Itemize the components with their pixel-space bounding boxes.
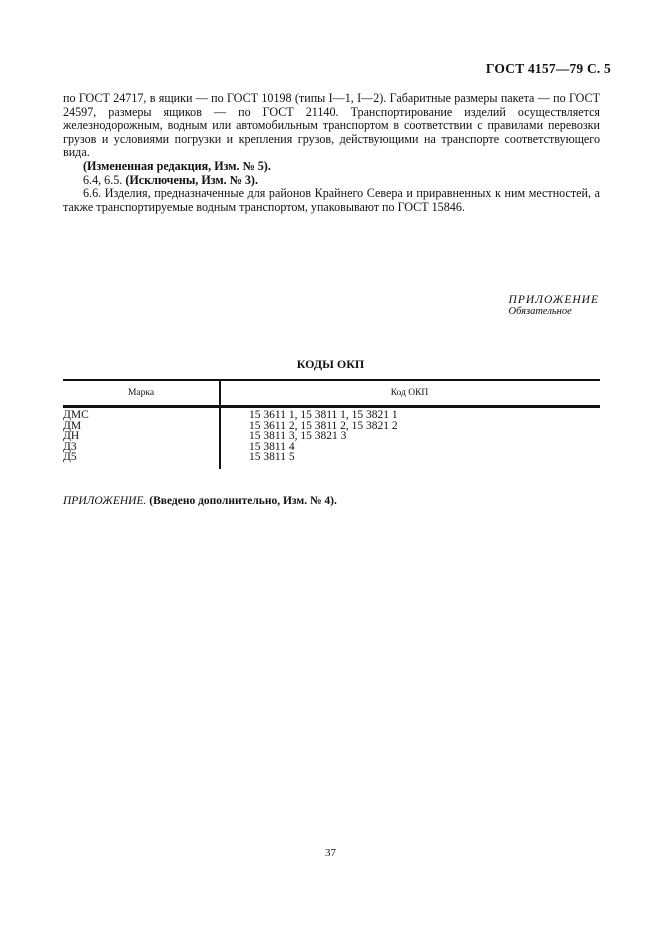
table-row: Д3 15 3811 4 bbox=[63, 442, 600, 453]
cell-mark: ДН bbox=[63, 431, 221, 442]
cell-mark: ДМС bbox=[63, 410, 221, 421]
table-row: ДН 15 3811 3, 15 3821 3 bbox=[63, 431, 600, 442]
table-row: Д5 15 3811 5 bbox=[63, 452, 600, 463]
change-note: (Измененная редакция, Изм. № 5). bbox=[63, 160, 600, 174]
table-row: ДМС 15 3611 1, 15 3811 1, 15 3821 1 bbox=[63, 410, 600, 421]
paragraph-transport: по ГОСТ 24717, в ящики — по ГОСТ 10198 (… bbox=[63, 92, 600, 160]
item-number: 6.4, 6.5. bbox=[83, 173, 122, 187]
item-number: 6.6. bbox=[83, 186, 101, 200]
appendix-status: Обязательное bbox=[509, 306, 599, 318]
cell-mark: Д3 bbox=[63, 442, 221, 453]
appendix-note: ПРИЛОЖЕНИЕ. (Введено дополнительно, Изм.… bbox=[63, 495, 337, 507]
table-body: ДМС 15 3611 1, 15 3811 1, 15 3821 1 ДМ 1… bbox=[63, 408, 600, 463]
page-number: 37 bbox=[0, 847, 661, 859]
column-header-code: Код ОКП bbox=[219, 388, 600, 398]
note-label: ПРИЛОЖЕНИЕ. bbox=[63, 495, 146, 507]
table-header-row: Марка Код ОКП bbox=[63, 381, 600, 405]
cell-code: 15 3811 5 bbox=[221, 452, 600, 463]
column-header-mark: Марка bbox=[63, 388, 219, 398]
item-text: (Исключены, Изм. № 3). bbox=[125, 173, 258, 187]
appendix-label: ПРИЛОЖЕНИЕ Обязательное bbox=[509, 294, 599, 318]
item-6-4-6-5: 6.4, 6.5. (Исключены, Изм. № 3). bbox=[63, 174, 600, 188]
column-divider bbox=[219, 379, 221, 469]
table-title: КОДЫ ОКП bbox=[0, 357, 661, 372]
note-text: (Введено дополнительно, Изм. № 4). bbox=[149, 495, 337, 507]
cell-mark: ДМ bbox=[63, 421, 221, 432]
document-header: ГОСТ 4157—79 С. 5 bbox=[486, 61, 611, 77]
okp-codes-table: Марка Код ОКП ДМС 15 3611 1, 15 3811 1, … bbox=[63, 379, 600, 463]
item-6-6: 6.6. Изделия, предназначенные для районо… bbox=[63, 187, 600, 214]
body-text: по ГОСТ 24717, в ящики — по ГОСТ 10198 (… bbox=[63, 92, 600, 214]
cell-code: 15 3611 1, 15 3811 1, 15 3821 1 bbox=[221, 410, 600, 421]
item-text: Изделия, предназначенные для районов Кра… bbox=[63, 186, 600, 214]
appendix-title: ПРИЛОЖЕНИЕ bbox=[509, 294, 599, 306]
cell-mark: Д5 bbox=[63, 452, 221, 463]
